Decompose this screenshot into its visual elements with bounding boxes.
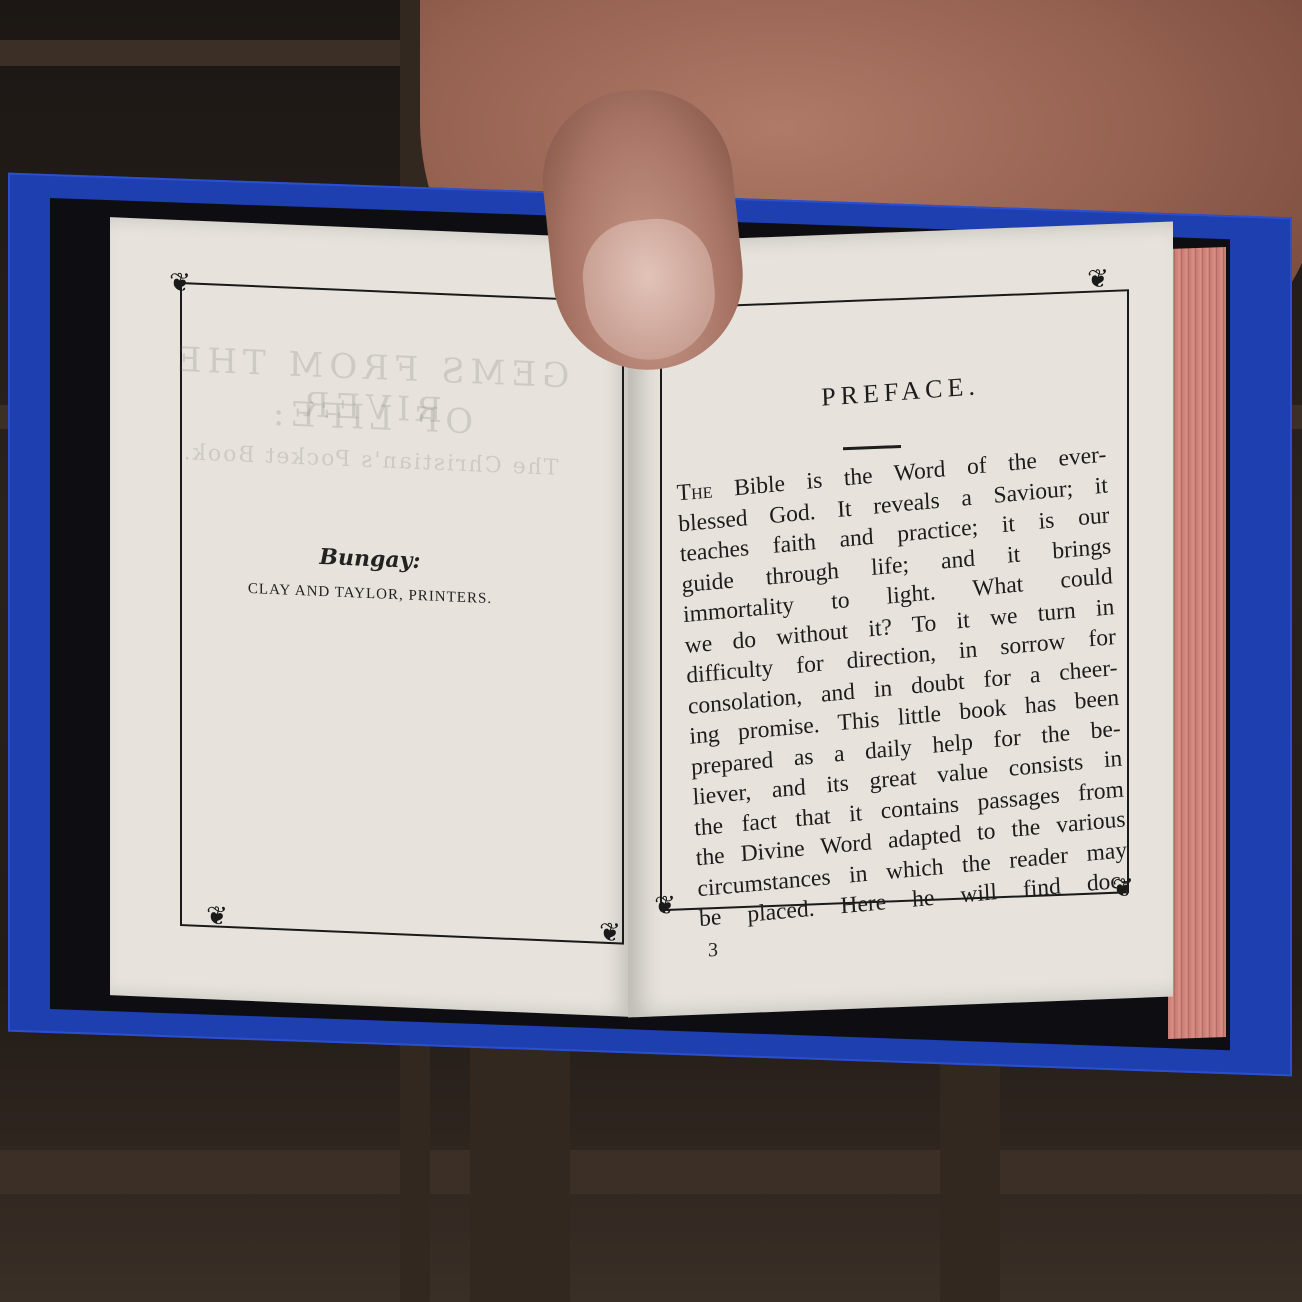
fleuron-corner-icon: ❦: [1083, 264, 1113, 295]
fleuron-corner-icon: ❦: [165, 267, 195, 298]
page-number: 3: [708, 939, 718, 962]
drop-word: The: [676, 477, 713, 506]
fleuron-corner-icon: ❦: [595, 917, 625, 948]
left-page: ❦ ❦ ❦ GEMS FROM THE RIVER OF LIFE: The C…: [110, 217, 630, 1017]
shelf-rail: [0, 1150, 1302, 1194]
fleuron-corner-icon: ❦: [202, 901, 232, 932]
preface-body: The Bible is the Word of the ever- bless…: [676, 440, 1129, 935]
page-edges: [1168, 247, 1226, 1039]
fleuron-corner-icon: ❦: [650, 890, 680, 921]
thumbnail: [577, 213, 721, 366]
shelf-divider: [470, 1040, 570, 1302]
shelf-divider: [940, 1040, 1000, 1302]
